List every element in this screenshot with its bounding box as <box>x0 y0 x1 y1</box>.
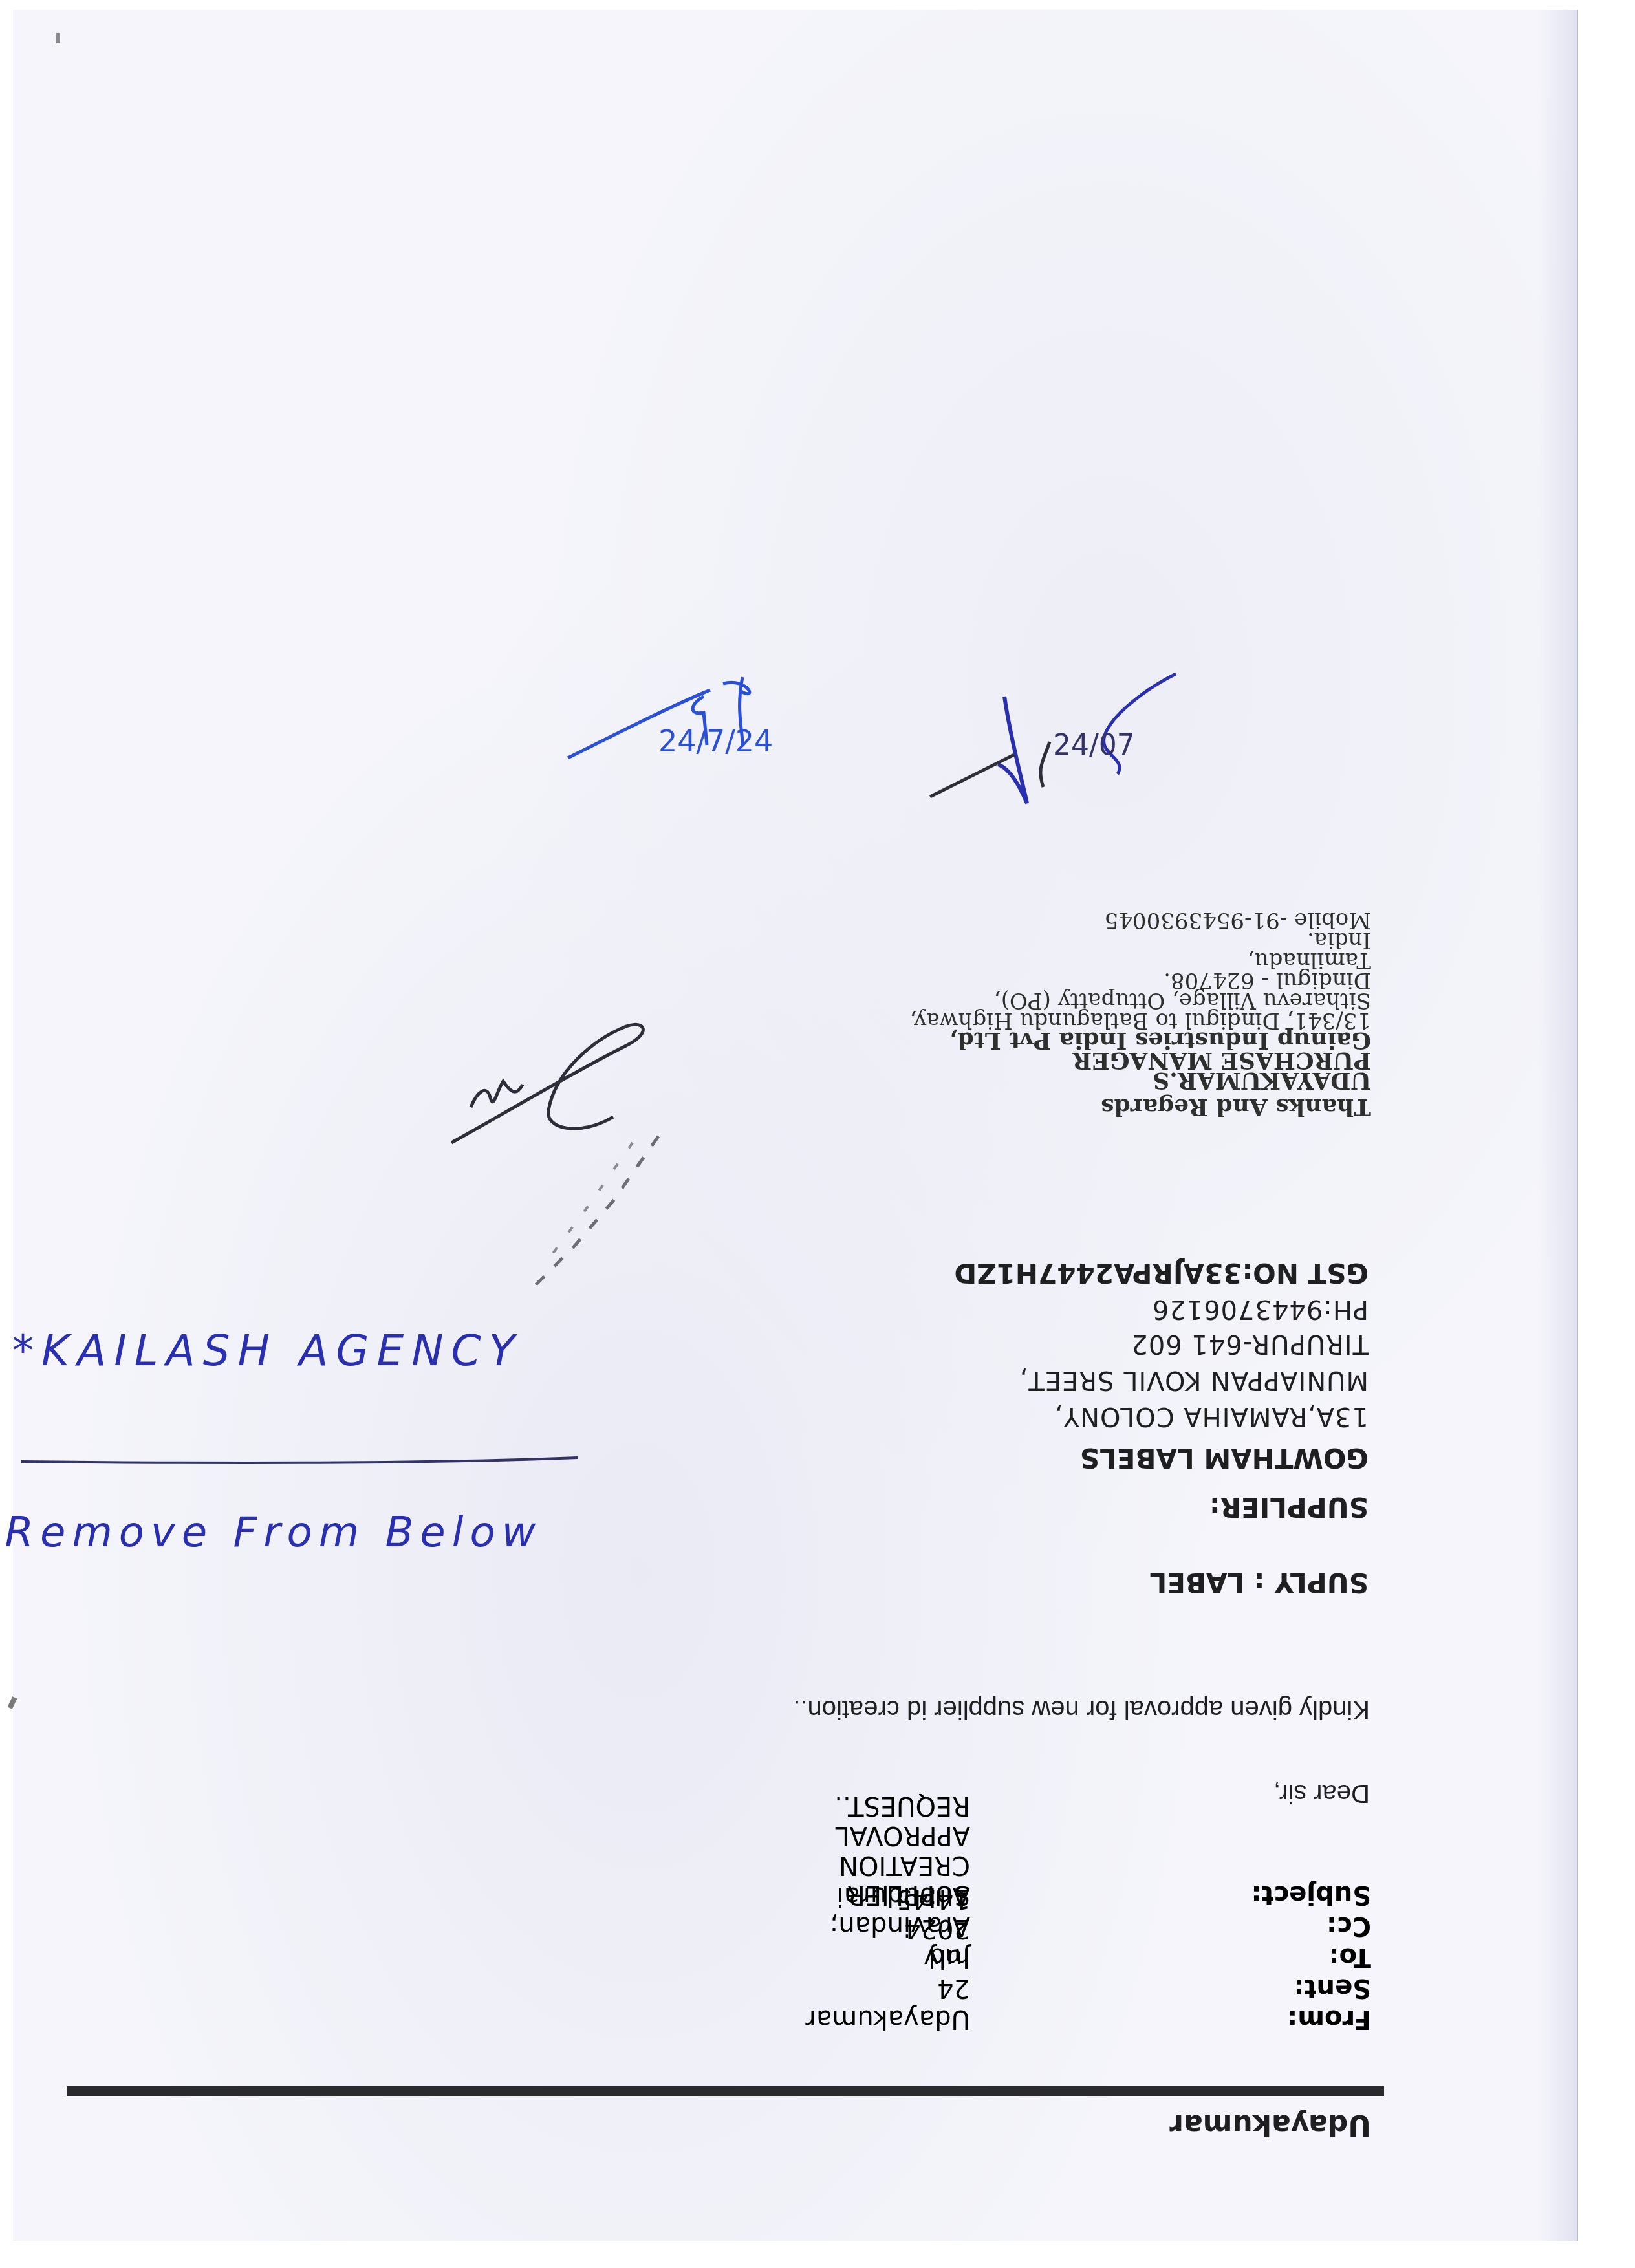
supplier-name: GOWTHAM LABELS <box>1080 1442 1369 1474</box>
handwritten-underline <box>18 1450 581 1469</box>
supplier-heading: SUPPLIER: <box>1209 1491 1369 1523</box>
supplier-address-line: TIRUPUR-641 602 <box>1131 1329 1369 1359</box>
supplier-gst: GST NO:33AJRPA2447H1ZD <box>954 1257 1369 1289</box>
scanned-page: Udayakumar From: Udayakumar Sent: 24 Jul… <box>0 0 1635 2268</box>
field-value: SUPPLIER CREATION APPROVAL REQUEST.. <box>834 1791 970 1910</box>
handwritten-note-remove: Pls Remove From Below <box>0 1509 542 1557</box>
field-label: To: <box>1329 1942 1371 1972</box>
supplier-address-line: MUNIAPPAN KOVIL SREET, <box>1019 1365 1369 1395</box>
company-address-line: Tamilnadu, <box>910 950 1371 970</box>
field-value: Udayakumar <box>805 2004 970 2034</box>
field-label: Sent: <box>1294 1973 1371 2003</box>
scan-speck <box>56 33 60 43</box>
email-signature: Thanks And Regards UDAYAKUMAR.S PURCHASE… <box>910 910 1371 1117</box>
mobile-number: Mobile -91-9543930045 <box>910 910 1371 930</box>
body-text: Kindly given approval for new supplier i… <box>793 1694 1370 1723</box>
supplier-address-line: 13A,RAMAIHA COLONY, <box>1054 1401 1369 1431</box>
field-value: md <box>929 1942 970 1972</box>
pencil-stroke-mark <box>503 1130 671 1298</box>
field-label: Cc: <box>1326 1911 1371 1941</box>
handwritten-initials-date: 24/7/24 <box>529 651 801 781</box>
field-label: Subject: <box>1251 1880 1371 1910</box>
handwritten-signature-1 <box>432 1000 665 1149</box>
supplier-phone: PH:9443706126 <box>1152 1294 1369 1324</box>
sender-header: Udayakumar <box>1169 2108 1371 2141</box>
signature-2-date: 24/07 <box>1053 729 1135 762</box>
greeting: Dear sir, <box>1273 1778 1370 1808</box>
header-rule <box>67 2086 1384 2096</box>
scanner-edge-lines <box>1538 10 1578 2241</box>
field-label: From: <box>1287 2004 1371 2034</box>
closing: Thanks And Regards <box>910 1097 1371 1117</box>
initials-date-text: 24/7/24 <box>658 724 773 759</box>
supply-type: SUPLY : LABEL <box>1149 1567 1369 1599</box>
handwritten-note-kailash: *KAILASH AGENCY <box>12 1326 523 1376</box>
handwritten-signature-2: 24/07 <box>872 651 1195 858</box>
